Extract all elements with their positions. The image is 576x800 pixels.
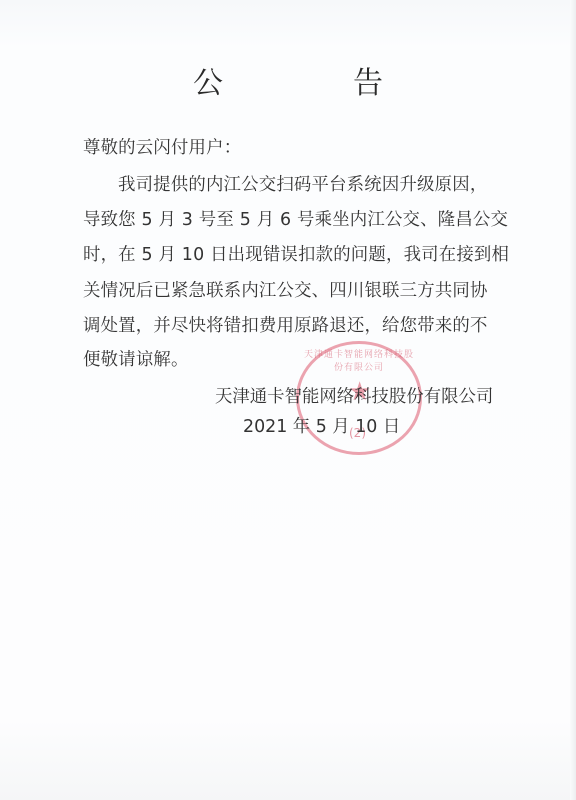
body-line-5: 调处置，并尽快将错扣费用原路退还，给您带来的不 bbox=[83, 311, 488, 336]
salutation: 尊敬的云闪付用户： bbox=[83, 133, 241, 158]
notice-title: 公 告 bbox=[0, 58, 576, 102]
body-line-3: 时，在 5 月 10 日出现错误扣款的问题，我司在接到相 bbox=[83, 240, 509, 265]
body-line-4: 关情况后已紧急联系内江公交、四川银联三方共同协 bbox=[83, 276, 488, 301]
page-edge-shadow bbox=[570, 0, 576, 800]
body-line-6: 便敬请谅解。 bbox=[83, 345, 189, 370]
signature-date: 2021 年 5 月 10 日 bbox=[243, 412, 400, 437]
body-line-1: 我司提供的内江公交扫码平台系统因升级原因， bbox=[118, 170, 487, 195]
company-signature: 天津通卡智能网络科技股份有限公司 bbox=[215, 382, 493, 407]
body-line-2: 导致您 5 月 3 号至 5 月 6 号乘坐内江公交、隆昌公交 bbox=[83, 205, 508, 230]
